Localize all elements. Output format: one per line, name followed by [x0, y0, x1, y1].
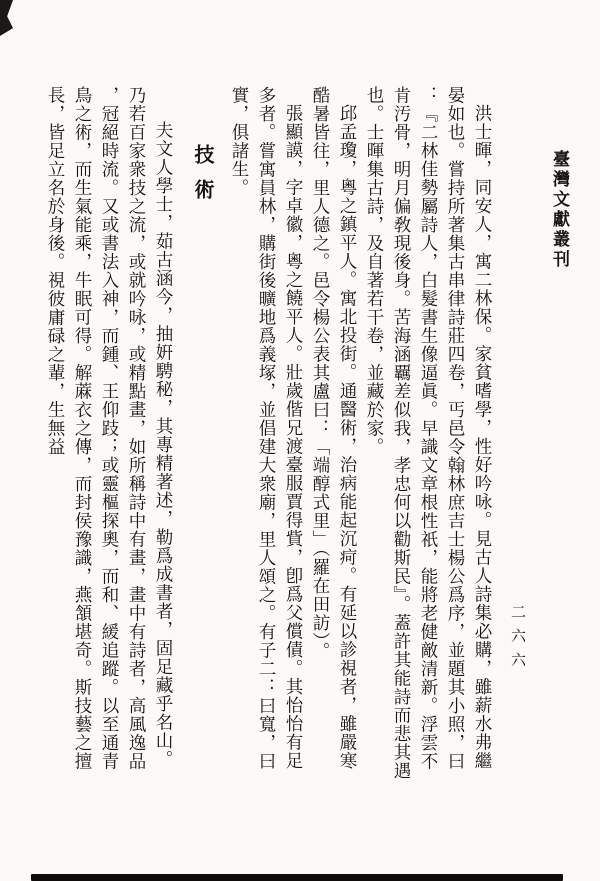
scan-bottom-edge-artifact [31, 874, 563, 881]
page-body-text: 洪士暉，同安人，寓二林保。家貧嗜學，性好吟咏。見古人詩集必購，雖薪水弗繼晏如也。… [38, 86, 496, 786]
biography-entry-hong-shihui: 洪士暉，同安人，寓二林保。家貧嗜學，性好吟咏。見古人詩集必購，雖薪水弗繼晏如也。… [361, 86, 496, 786]
biography-entry-zhang-xianmo: 張顯謨，字卓徽，粵之饒平人。壯歲偕兄渡臺服賈得貲，卽爲父償債。其怡怡有足多者。嘗… [226, 86, 307, 786]
series-title: 臺灣文獻叢刊 [547, 150, 572, 270]
page-number: 二六六 [507, 604, 528, 676]
scan-corner-smudge-artifact [0, 0, 13, 36]
section-intro-paragraph: 夫文人學士，茹古涵今，抽姸騁秘，其專精著述，勒爲成書者，固足藏乎名山。乃若百家衆… [42, 86, 177, 786]
scanned-book-page: 臺灣文獻叢刊 二六六 洪士暉，同安人，寓二林保。家貧嗜學，性好吟咏。見古人詩集必… [0, 0, 600, 881]
biography-entry-qiu-mengqiong: 邱孟瓊，粵之鎮平人。寓北投街。通醫術，治病能起沉疴。有延以診視者，雖嚴寒酷暑皆往… [307, 86, 361, 786]
section-heading-jishu: 技術 [188, 86, 215, 786]
